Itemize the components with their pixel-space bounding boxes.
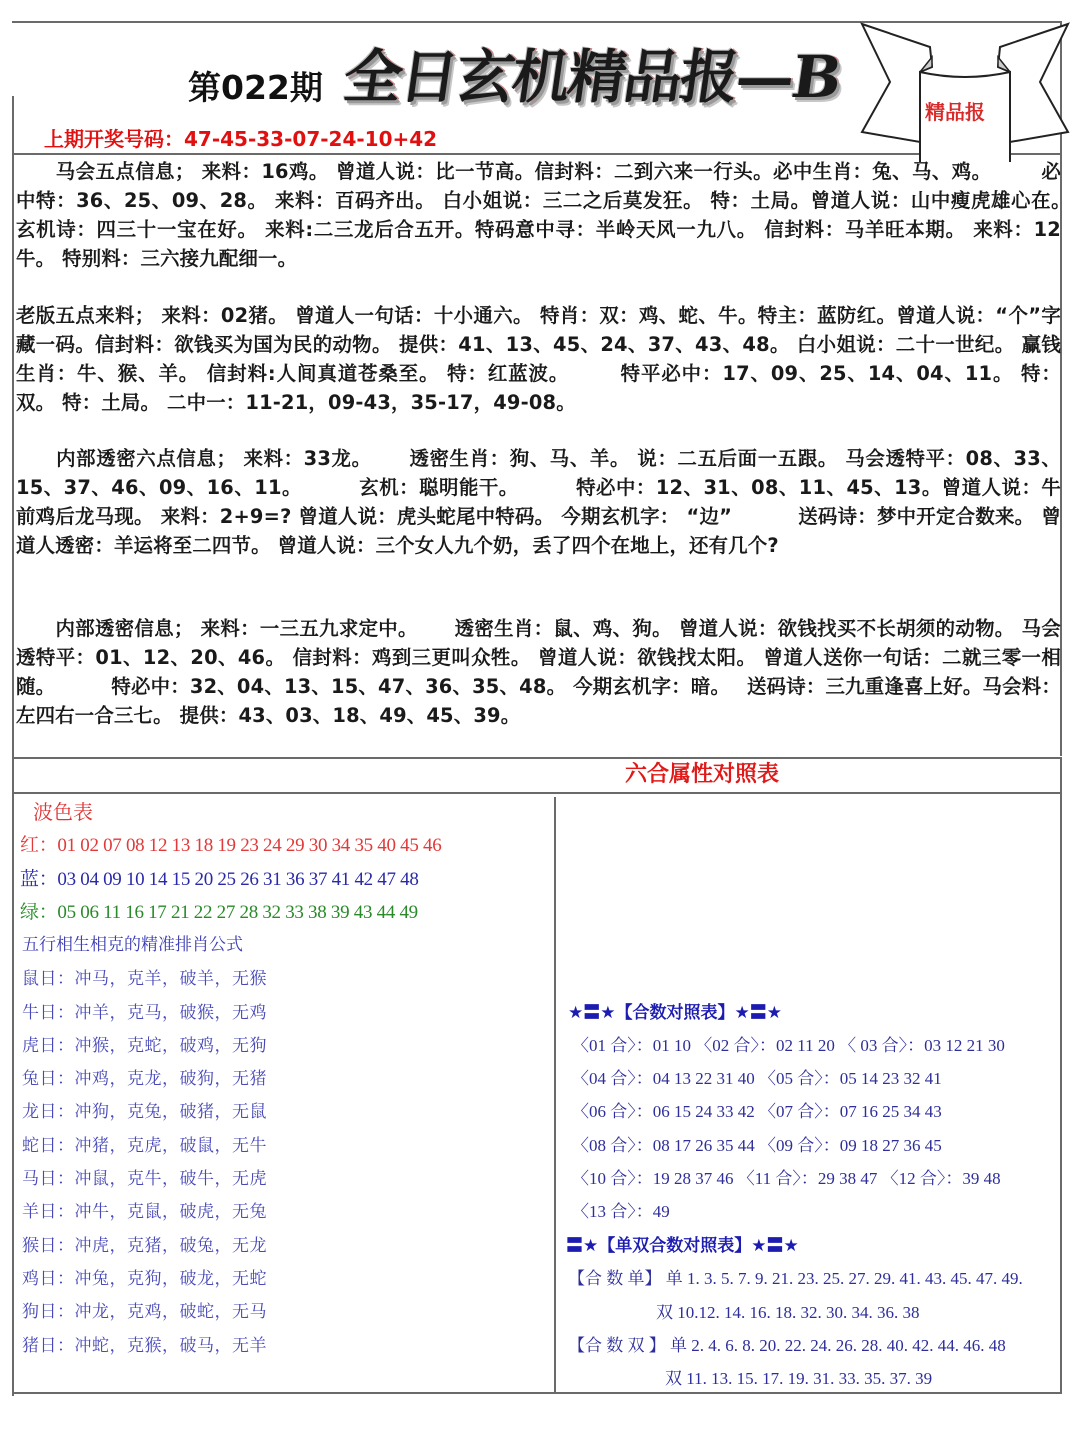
formula-row: 兔日：冲鸡，克龙，破狗，无猪 xyxy=(22,1064,267,1089)
table-title-line xyxy=(12,792,1062,794)
table-divider-line xyxy=(554,797,556,1393)
table-right-line xyxy=(1060,757,1062,1393)
wave-numbers-red: 01 02 07 08 12 13 18 19 23 24 29 30 34 3… xyxy=(57,835,441,856)
heshu-row: 〈04 合〉：04 13 22 31 40 〈05 合〉：05 14 23 32… xyxy=(572,1064,942,1089)
last-draw: 上期开奖号码：47-45-33-07-24-10+42 xyxy=(44,123,437,152)
table-title: 六合属性对照表 xyxy=(625,757,779,788)
banner-label: 精品报 xyxy=(925,96,985,125)
heshu-title: ★〓★【合数对照表】★〓★ xyxy=(568,998,782,1023)
wave-row-green: 绿：05 06 11 16 17 21 22 27 28 32 33 38 39… xyxy=(20,897,418,924)
wave-numbers-blue: 03 04 09 10 14 15 20 25 26 31 36 37 41 4… xyxy=(57,869,418,890)
wave-table-title: 波色表 xyxy=(33,796,93,825)
wave-label-green: 绿： xyxy=(20,902,57,923)
formula-row: 狗日：冲龙，克鸡，破蛇，无马 xyxy=(22,1297,267,1322)
formula-row: 蛇日：冲猪，克虎，破鼠，无牛 xyxy=(22,1131,267,1156)
formula-row: 马日：冲鼠，克牛，破牛，无虎 xyxy=(22,1164,267,1189)
formula-row: 猴日：冲虎，克猪，破兔，无龙 xyxy=(22,1231,267,1256)
last-draw-numbers: 47-45-33-07-24-10+42 xyxy=(184,127,437,151)
wave-row-red: 红：01 02 07 08 12 13 18 19 23 24 29 30 34… xyxy=(20,830,441,857)
formula-row: 猪日：冲蛇，克猴，破马，无羊 xyxy=(22,1331,267,1356)
formula-row: 鼠日：冲马，克羊，破羊，无猴 xyxy=(22,964,267,989)
paragraph-six-points: 内部透密六点信息； 来料：33龙。 透密生肖：狗、马、羊。 说：二五后面一五跟。… xyxy=(16,444,1061,560)
heshu-row: 〈01 合〉：01 10 〈02 合〉：02 11 20 〈 03 合〉：03 … xyxy=(572,1031,1005,1056)
formula-title: 五行相生相克的精准排肖公式 xyxy=(22,930,243,955)
paragraph-five-points: 马会五点信息； 来料：16鸡。 曾道人说：比一节高。信封料：二到六来一行头。必中… xyxy=(16,157,1061,273)
last-draw-label: 上期开奖号码： xyxy=(44,127,184,151)
heshu-row: 〈06 合〉：06 15 24 33 42 〈07 合〉：07 16 25 34… xyxy=(572,1097,942,1122)
issue-number: 第022期 xyxy=(188,62,323,109)
table-bottom-line xyxy=(12,1392,1062,1394)
heshu-row: 〈10 合〉：19 28 37 46 〈11 合〉：29 38 47 〈12 合… xyxy=(572,1164,1001,1189)
wave-row-blue: 蓝：03 04 09 10 14 15 20 25 26 31 36 37 41… xyxy=(20,864,419,891)
formula-row: 牛日：冲羊，克马，破猴，无鸡 xyxy=(22,998,267,1023)
paragraph-insider: 内部透密信息； 来料：一三五九求定中。 透密生肖：鼠、鸡、狗。 曾道人说：欲钱找… xyxy=(16,614,1061,730)
heshu-even-single: 单 2. 4. 6. 8. 20. 22. 24. 26. 28. 40. 42… xyxy=(670,1336,1006,1355)
formula-row: 羊日：冲牛，克鼠，破虎，无兔 xyxy=(22,1197,267,1222)
ribbon-banner-icon xyxy=(860,22,1070,162)
heshu-odd-single: 单 1. 3. 5. 7. 9. 21. 23. 25. 27. 29. 41.… xyxy=(666,1269,1023,1288)
wave-label-blue: 蓝： xyxy=(20,869,57,890)
paragraph-old-edition: 老版五点来料； 来料：02猪。 曾道人一句话：十小通六。 特肖：双：鸡、蛇、牛。… xyxy=(16,301,1061,417)
table-top-line xyxy=(12,757,1062,759)
frame-left-line xyxy=(12,96,14,1396)
heshu-odd-double-row: 双 10.12. 14. 16. 18. 32. 30. 34. 36. 38 xyxy=(656,1298,920,1323)
page-title: 全日玄机精品报—B xyxy=(339,30,846,114)
heshu-odd-row: 【合 数 单】 单 1. 3. 5. 7. 9. 21. 23. 25. 27.… xyxy=(568,1264,1023,1289)
heshu-even-row: 【合 数 双 】 单 2. 4. 6. 8. 20. 22. 24. 26. 2… xyxy=(568,1331,1006,1356)
wave-label-red: 红： xyxy=(20,835,57,856)
formula-row: 龙日：冲狗，克兔，破猪，无鼠 xyxy=(22,1097,267,1122)
heshu-row: 〈13 合〉：49 xyxy=(572,1197,670,1222)
heshu-even-label: 【合 数 双 】 xyxy=(568,1336,666,1355)
heshu-even-double-row: 双 11. 13. 15. 17. 19. 31. 33. 35. 37. 39 xyxy=(665,1364,932,1389)
wave-numbers-green: 05 06 11 16 17 21 22 27 28 32 33 38 39 4… xyxy=(57,902,417,923)
danshuang-title: 〓★【单双合数对照表】★〓★ xyxy=(566,1231,799,1256)
heshu-row: 〈08 合〉：08 17 26 35 44 〈09 合〉：09 18 27 36… xyxy=(572,1131,942,1156)
formula-row: 鸡日：冲兔，克狗，破龙，无蛇 xyxy=(22,1264,267,1289)
formula-row: 虎日：冲猴，克蛇，破鸡，无狗 xyxy=(22,1031,267,1056)
heshu-odd-label: 【合 数 单】 xyxy=(568,1269,662,1288)
